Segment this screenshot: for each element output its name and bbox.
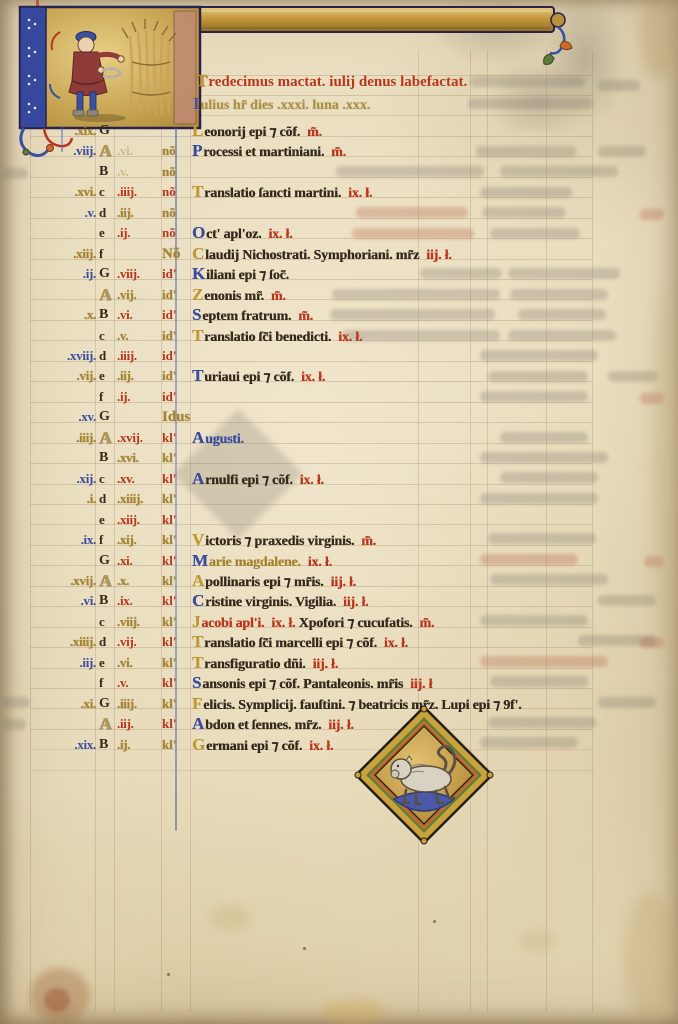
- kalends-marker: kl': [162, 571, 192, 591]
- dominical-letter: A: [99, 428, 115, 448]
- dominical-letter: d: [99, 203, 115, 223]
- feast-text: ct' apl'oz.: [206, 227, 261, 242]
- roman-day-count: .vi.: [117, 653, 161, 673]
- feast-initial: S: [192, 305, 201, 324]
- roman-day-count: .v.: [117, 162, 161, 182]
- feast-text: laudij Nichostrati. Symphoriani. mr̃z: [205, 248, 419, 263]
- feast-text: iliani epi ⁊ ſoc̃.: [206, 268, 289, 283]
- dominical-letter: B: [99, 162, 115, 182]
- roman-day-count: .xi.: [117, 551, 161, 571]
- kalends-marker: kl': [162, 673, 192, 693]
- feast-entry: Marie magdalene.ix. ł.: [192, 551, 674, 573]
- feast-text: bdon et ſennes. mr̃z.: [205, 718, 321, 733]
- kalends-marker: kl': [162, 428, 192, 448]
- roman-day-count: .ix.: [117, 591, 161, 611]
- dominical-letter: A: [99, 571, 115, 591]
- kalends-marker: id': [162, 305, 192, 325]
- feast-initial: A: [192, 571, 204, 590]
- calendar-row-july-24: .vi.B.ix.kl'Cristine virginis. Vigilia.i…: [0, 591, 678, 611]
- golden-number: .x.: [36, 305, 96, 325]
- roman-day-count: .xvi.: [117, 448, 161, 468]
- kalends-marker: kl': [162, 448, 192, 468]
- leo-zodiac-medallion: [354, 705, 494, 845]
- stain: [30, 968, 90, 1023]
- feast-entry: Apollinaris epi ⁊ mr̃is.iij. ł.: [192, 571, 674, 593]
- roman-day-count: .viij.: [117, 612, 161, 632]
- feast-initial: K: [192, 264, 205, 283]
- dominical-letter: G: [99, 551, 115, 571]
- calendar-row-july-27: .iij.e.vi.kl'Transfiguratio dñi.iij. ł.: [0, 653, 678, 673]
- feast-entry: Translatio ſc̃i marcelli epi ⁊ cõf.ix. ł…: [192, 632, 674, 654]
- feast-initial: G: [192, 735, 205, 754]
- feast-initial: A: [192, 428, 204, 447]
- kalends-marker: id': [162, 366, 192, 386]
- calendar-row-july-15: .xv.GIdus: [0, 407, 678, 427]
- dominical-letter: c: [99, 469, 115, 489]
- calendar-row-july-17: B.xvi.kl': [0, 448, 678, 468]
- roman-day-count: .xv.: [117, 469, 161, 489]
- feast-text: ugusti.: [205, 432, 244, 447]
- dominical-letter: A: [99, 285, 115, 305]
- calendar-row-july-29: .xi.G.iiij.kl'Felicis. Symplicij. fauſti…: [0, 694, 678, 714]
- kalends-marker: nõ: [162, 141, 192, 161]
- golden-number: .vij.: [36, 366, 96, 386]
- calendar-row-july-1: .xix.GLeonorij epi ⁊ cõf.m̃.: [0, 121, 678, 141]
- kalends-marker: kl': [162, 551, 192, 571]
- feast-initial: T: [192, 366, 203, 385]
- calendar-row-july-10: .x.B.vi.id'Septem fratrum.m̃.: [0, 305, 678, 325]
- kalends-marker: kl': [162, 653, 192, 673]
- ink-speck: [303, 947, 306, 950]
- kalends-marker: kl': [162, 469, 192, 489]
- feast-entry: Claudij Nichostrati. Symphoriani. mr̃zii…: [192, 244, 674, 266]
- feast-text: pollinaris epi ⁊ mr̃is.: [205, 575, 323, 590]
- feast-entry: Augusti.: [192, 428, 674, 450]
- calendar-row-july-12: .xviij.d.iiij.id': [0, 346, 678, 366]
- feast-grading: ix. ł.: [300, 473, 324, 488]
- kalends-marker: id': [162, 346, 192, 366]
- golden-number: .xvi.: [36, 182, 96, 202]
- feast-grading: ix. ł.: [384, 636, 408, 651]
- kalends-marker: kl': [162, 714, 192, 734]
- feast-entry: Kiliani epi ⁊ ſoc̃.: [192, 264, 674, 286]
- kalends-marker: id': [162, 285, 192, 305]
- kalends-marker: kl': [162, 510, 192, 530]
- golden-number: .xiiij.: [36, 632, 96, 652]
- feast-text: ranslatio ſancti martini.: [204, 186, 341, 201]
- dominical-letter: d: [99, 632, 115, 652]
- feast-initial: F: [192, 694, 202, 713]
- feast-entry: Transfiguratio dñi.iij. ł.: [192, 653, 674, 675]
- feast-entry: Translatio ſc̃i benedicti.ix. ł.: [192, 326, 674, 348]
- roman-day-count: .xiij.: [117, 510, 161, 530]
- dominical-letter: e: [99, 223, 115, 243]
- dominical-letter: B: [99, 591, 115, 611]
- manuscript-calendar-page-july: Tredecimus mactat. iulij denus labefacta…: [0, 0, 678, 1024]
- golden-number: .xix.: [36, 121, 96, 141]
- feast-entry: Septem fratrum.m̃.: [192, 305, 674, 327]
- golden-number: .i.: [36, 489, 96, 509]
- feast-initial: T: [192, 632, 203, 651]
- dominical-letter: B: [99, 305, 115, 325]
- feast-text: ranslatio ſc̃i benedicti.: [204, 330, 331, 345]
- golden-number: .iiij.: [36, 428, 96, 448]
- roman-day-count: .xij.: [117, 530, 161, 550]
- calendar-row-july-14: f.ij.id': [0, 387, 678, 407]
- roman-day-count: .iij.: [117, 366, 161, 386]
- roman-day-count: .ij.: [117, 223, 161, 243]
- roman-day-count: .v.: [117, 673, 161, 693]
- feast-initial: J: [192, 612, 200, 631]
- calendar-row-july-25: c.viij.kl'Jacobi apl'i.ix. ł. Xpofori ⁊ …: [0, 612, 678, 632]
- feast-initial: C: [192, 244, 204, 263]
- feast-initial: V: [192, 530, 204, 549]
- feast-entry: Translatio ſancti martini.ix. ł.: [192, 182, 674, 204]
- roman-day-count: .iiij.: [117, 694, 161, 714]
- kalends-marker: id': [162, 387, 192, 407]
- kalends-marker: Idus: [162, 407, 192, 427]
- dominical-letter: G: [99, 407, 115, 427]
- dominical-letter: G: [99, 121, 115, 141]
- feast-initial: Z: [192, 285, 203, 304]
- kalends-marker: Nõ: [162, 244, 192, 264]
- feast-text: rocessi et martiniani.: [203, 145, 324, 160]
- roman-day-count: .vi.: [117, 305, 161, 325]
- stain: [520, 930, 556, 952]
- feast-grading: ix. ł.: [309, 739, 333, 754]
- dominical-letter: e: [99, 653, 115, 673]
- ink-speck: [433, 920, 436, 923]
- roman-day-count: .viij.: [117, 264, 161, 284]
- roman-day-count: .vij.: [117, 285, 161, 305]
- feast-grading: ix. ł.: [338, 330, 362, 345]
- golden-number: .ij.: [36, 264, 96, 284]
- feast-grading: iij. ł: [410, 677, 432, 692]
- feast-entry: Zenonis mr̃.m̃.: [192, 285, 674, 307]
- kalends-marker: kl': [162, 489, 192, 509]
- feast-initial: S: [192, 673, 201, 692]
- feast-entry: Cristine virginis. Vigilia.iij. ł.: [192, 591, 674, 613]
- feast-initial: C: [192, 591, 204, 610]
- roman-day-count: .ij.: [117, 735, 161, 755]
- stain: [44, 988, 70, 1012]
- dominical-letter: A: [99, 714, 115, 734]
- feast-text: enonis mr̃.: [204, 289, 264, 304]
- kalends-marker: kl': [162, 735, 192, 755]
- feast-text: ranslatio ſc̃i marcelli epi ⁊ cõf.: [204, 636, 377, 651]
- kalends-marker: nõ: [162, 223, 192, 243]
- dominical-letter: d: [99, 489, 115, 509]
- calendar-row-july-4: .xvi.c.iiij.nõTranslatio ſancti martini.…: [0, 182, 678, 202]
- feast-entry: Turiaui epi ⁊ cõf.ix. ł.: [192, 366, 674, 388]
- stain: [624, 892, 678, 1024]
- kalends-marker: kl': [162, 530, 192, 550]
- feast-grading: ix. ł.: [308, 555, 332, 570]
- feast-grading: ix. ł.: [271, 616, 295, 631]
- feast-text: eonorij epi ⁊ cõf.: [204, 125, 300, 140]
- golden-number: .xv.: [36, 407, 96, 427]
- egyptian-days-verse: Tredecimus mactat. iulij denus labefacta…: [196, 71, 467, 91]
- golden-number: .xix.: [36, 735, 96, 755]
- dominical-letter: f: [99, 387, 115, 407]
- verse-text: redecimus mactat. iulij denus labefactat…: [208, 74, 467, 90]
- calendar-row-july-2: .viij.A.vi.nõProcessi et martiniani.m̃.: [0, 141, 678, 161]
- feast-grading: m̃.: [307, 125, 322, 140]
- feast-grading: m̃.: [361, 534, 376, 549]
- feast-text: arie magdalene.: [209, 555, 301, 570]
- calendar-row-july-13: .vij.e.iij.id'Turiaui epi ⁊ cõf.ix. ł.: [0, 366, 678, 386]
- feast-entry: Sansonis epi ⁊ cõf. Pantaleonis. mr̃isii…: [192, 673, 674, 695]
- dominical-letter: A: [99, 141, 115, 161]
- feast-grading: m̃.: [419, 616, 434, 631]
- calendar-row-july-19: .i.d.xiiij.kl': [0, 489, 678, 509]
- calendar-row-july-22: G.xi.kl'Marie magdalene.ix. ł.: [0, 551, 678, 571]
- dominical-letter: f: [99, 673, 115, 693]
- feast-initial: M: [192, 551, 208, 570]
- stain: [210, 905, 250, 931]
- roman-day-count: .xvij.: [117, 428, 161, 448]
- feast-grading: iij. ł.: [343, 595, 368, 610]
- feast-initial: T: [192, 326, 203, 345]
- calendar-row-july-21: .ix.f.xij.kl'Victoris ⁊ praxedis virgini…: [0, 530, 678, 550]
- verse-initial: T: [196, 71, 207, 90]
- feast-text: ransfiguratio dñi.: [204, 657, 305, 672]
- feast-grading: m̃.: [298, 309, 313, 324]
- rubric-initial: I: [193, 94, 200, 113]
- feast-text: acobi apl'i.: [201, 616, 264, 631]
- feast-initial: T: [192, 182, 203, 201]
- feast-entry: Processi et martiniani.m̃.: [192, 141, 674, 163]
- feast-initial: P: [192, 141, 202, 160]
- feast-grading: iij. ł.: [331, 575, 356, 590]
- kalends-marker: kl': [162, 694, 192, 714]
- kalends-marker: id': [162, 326, 192, 346]
- kalends-marker: id': [162, 264, 192, 284]
- kalends-marker: nõ: [162, 162, 192, 182]
- roman-day-count: .v.: [117, 326, 161, 346]
- feast-initial: O: [192, 223, 205, 242]
- feast-entry: Oct' apl'oz.ix. ł.: [192, 223, 674, 245]
- stain: [322, 998, 386, 1024]
- calendar-row-july-26: .xiiij.d.vij.kl'Translatio ſc̃i marcelli…: [0, 632, 678, 652]
- dominical-letter: d: [99, 346, 115, 366]
- calendar-row-july-9: A.vij.id'Zenonis mr̃.m̃.: [0, 285, 678, 305]
- feast-entry: Leonorij epi ⁊ cõf.m̃.: [192, 121, 674, 143]
- feast-grading: iij. ł.: [426, 248, 451, 263]
- feast-grading: ix. ł.: [301, 370, 325, 385]
- feast-grading: ix. ł.: [268, 227, 292, 242]
- dominical-letter: B: [99, 735, 115, 755]
- golden-number: .iij.: [36, 653, 96, 673]
- calendar-row-july-31: .xix.B.ij.kl'Germani epi ⁊ cõf.ix. ł.: [0, 735, 678, 755]
- feast-grading: m̃.: [271, 289, 286, 304]
- feast-entry: Jacobi apl'i.ix. ł. Xpofori ⁊ cucufatis.…: [192, 612, 674, 634]
- feast-text: Xpofori ⁊ cucufatis.: [295, 616, 412, 631]
- golden-number: .vi.: [36, 591, 96, 611]
- calendar-row-july-23: .xvij.A.x.kl'Apollinaris epi ⁊ mr̃is.iij…: [0, 571, 678, 591]
- feast-initial: A: [192, 469, 204, 488]
- feast-initial: A: [192, 714, 204, 733]
- dominical-letter: f: [99, 530, 115, 550]
- dominical-letter: e: [99, 510, 115, 530]
- dominical-letter: c: [99, 326, 115, 346]
- feast-grading: iij. ł.: [328, 718, 353, 733]
- golden-number: .v.: [36, 203, 96, 223]
- calendar-row-july-7: .xiij.fNõClaudij Nichostrati. Symphorian…: [0, 244, 678, 264]
- dominical-letter: B: [99, 448, 115, 468]
- dominical-letter: f: [99, 244, 115, 264]
- roman-day-count: .iij.: [117, 714, 161, 734]
- calendar-row-july-20: e.xiij.kl': [0, 510, 678, 530]
- feast-text: rnulfi epi ⁊ cõf.: [205, 473, 293, 488]
- calendar-row-july-30: A.iij.kl'Abdon et ſennes. mr̃z.iij. ł.: [0, 714, 678, 734]
- roman-day-count: .iiij.: [117, 346, 161, 366]
- dominical-letter: G: [99, 694, 115, 714]
- calendar-row-july-6: e.ij.nõOct' apl'oz.ix. ł.: [0, 223, 678, 243]
- roman-day-count: .x.: [117, 571, 161, 591]
- feast-entry: Victoris ⁊ praxedis virginis.m̃.: [192, 530, 674, 552]
- feast-text: ermani epi ⁊ cõf.: [206, 739, 302, 754]
- feast-initial: T: [192, 653, 203, 672]
- feast-grading: iij. ł.: [313, 657, 338, 672]
- feast-entry: Arnulfi epi ⁊ cõf.ix. ł.: [192, 469, 674, 491]
- rubric-text: ulius hr̃ dies .xxxi. luna .xxx.: [201, 98, 371, 113]
- golden-number: .ix.: [36, 530, 96, 550]
- feast-grading: m̃.: [331, 145, 346, 160]
- roman-day-count: .xiiij.: [117, 489, 161, 509]
- roman-day-count: .vi.: [117, 141, 161, 161]
- calendar-row-july-28: f.v.kl'Sansonis epi ⁊ cõf. Pantaleonis. …: [0, 673, 678, 693]
- calendar-row-july-3: B.v.nõ: [0, 162, 678, 182]
- calendar-row-july-18: .xij.c.xv.kl'Arnulfi epi ⁊ cõf.ix. ł.: [0, 469, 678, 489]
- roman-day-count: .ij.: [117, 387, 161, 407]
- feast-text: ictoris ⁊ praxedis virginis.: [205, 534, 354, 549]
- kalends-marker: nõ: [162, 203, 192, 223]
- dominical-letter: c: [99, 182, 115, 202]
- golden-number: .xviij.: [36, 346, 96, 366]
- dominical-letter: G: [99, 264, 115, 284]
- golden-number: .xiij.: [36, 244, 96, 264]
- feast-grading: ix. ł.: [348, 186, 372, 201]
- feast-initial: L: [192, 121, 203, 140]
- golden-number: .xij.: [36, 469, 96, 489]
- golden-number: .xi.: [36, 694, 96, 714]
- calendar-row-july-16: .iiij.A.xvij.kl'Augusti.: [0, 428, 678, 448]
- dominical-letter: e: [99, 366, 115, 386]
- month-rubric: Iulius hr̃ dies .xxxi. luna .xxx.: [193, 94, 370, 114]
- roman-day-count: .iij.: [117, 203, 161, 223]
- calendar-row-july-11: c.v.id'Translatio ſc̃i benedicti.ix. ł.: [0, 326, 678, 346]
- feast-text: uriaui epi ⁊ cõf.: [204, 370, 294, 385]
- roman-day-count: .iiij.: [117, 182, 161, 202]
- kalends-marker: nõ: [162, 182, 192, 202]
- roman-day-count: .vij.: [117, 632, 161, 652]
- dominical-letter: c: [99, 612, 115, 632]
- feast-text: eptem fratrum.: [202, 309, 291, 324]
- calendar-row-july-5: .v.d.iij.nõ: [0, 203, 678, 223]
- kalends-marker: kl': [162, 612, 192, 632]
- kalends-marker: kl': [162, 591, 192, 611]
- kalends-marker: kl': [162, 632, 192, 652]
- ink-speck: [167, 973, 170, 976]
- golden-number: .xvij.: [36, 571, 96, 591]
- feast-text: ansonis epi ⁊ cõf. Pantaleonis. mr̃is: [202, 677, 403, 692]
- stain: [640, 0, 678, 80]
- calendar-row-july-8: .ij.G.viij.id'Kiliani epi ⁊ ſoc̃.: [0, 264, 678, 284]
- feast-text: ristine virginis. Vigilia.: [205, 595, 336, 610]
- golden-number: .viij.: [36, 141, 96, 161]
